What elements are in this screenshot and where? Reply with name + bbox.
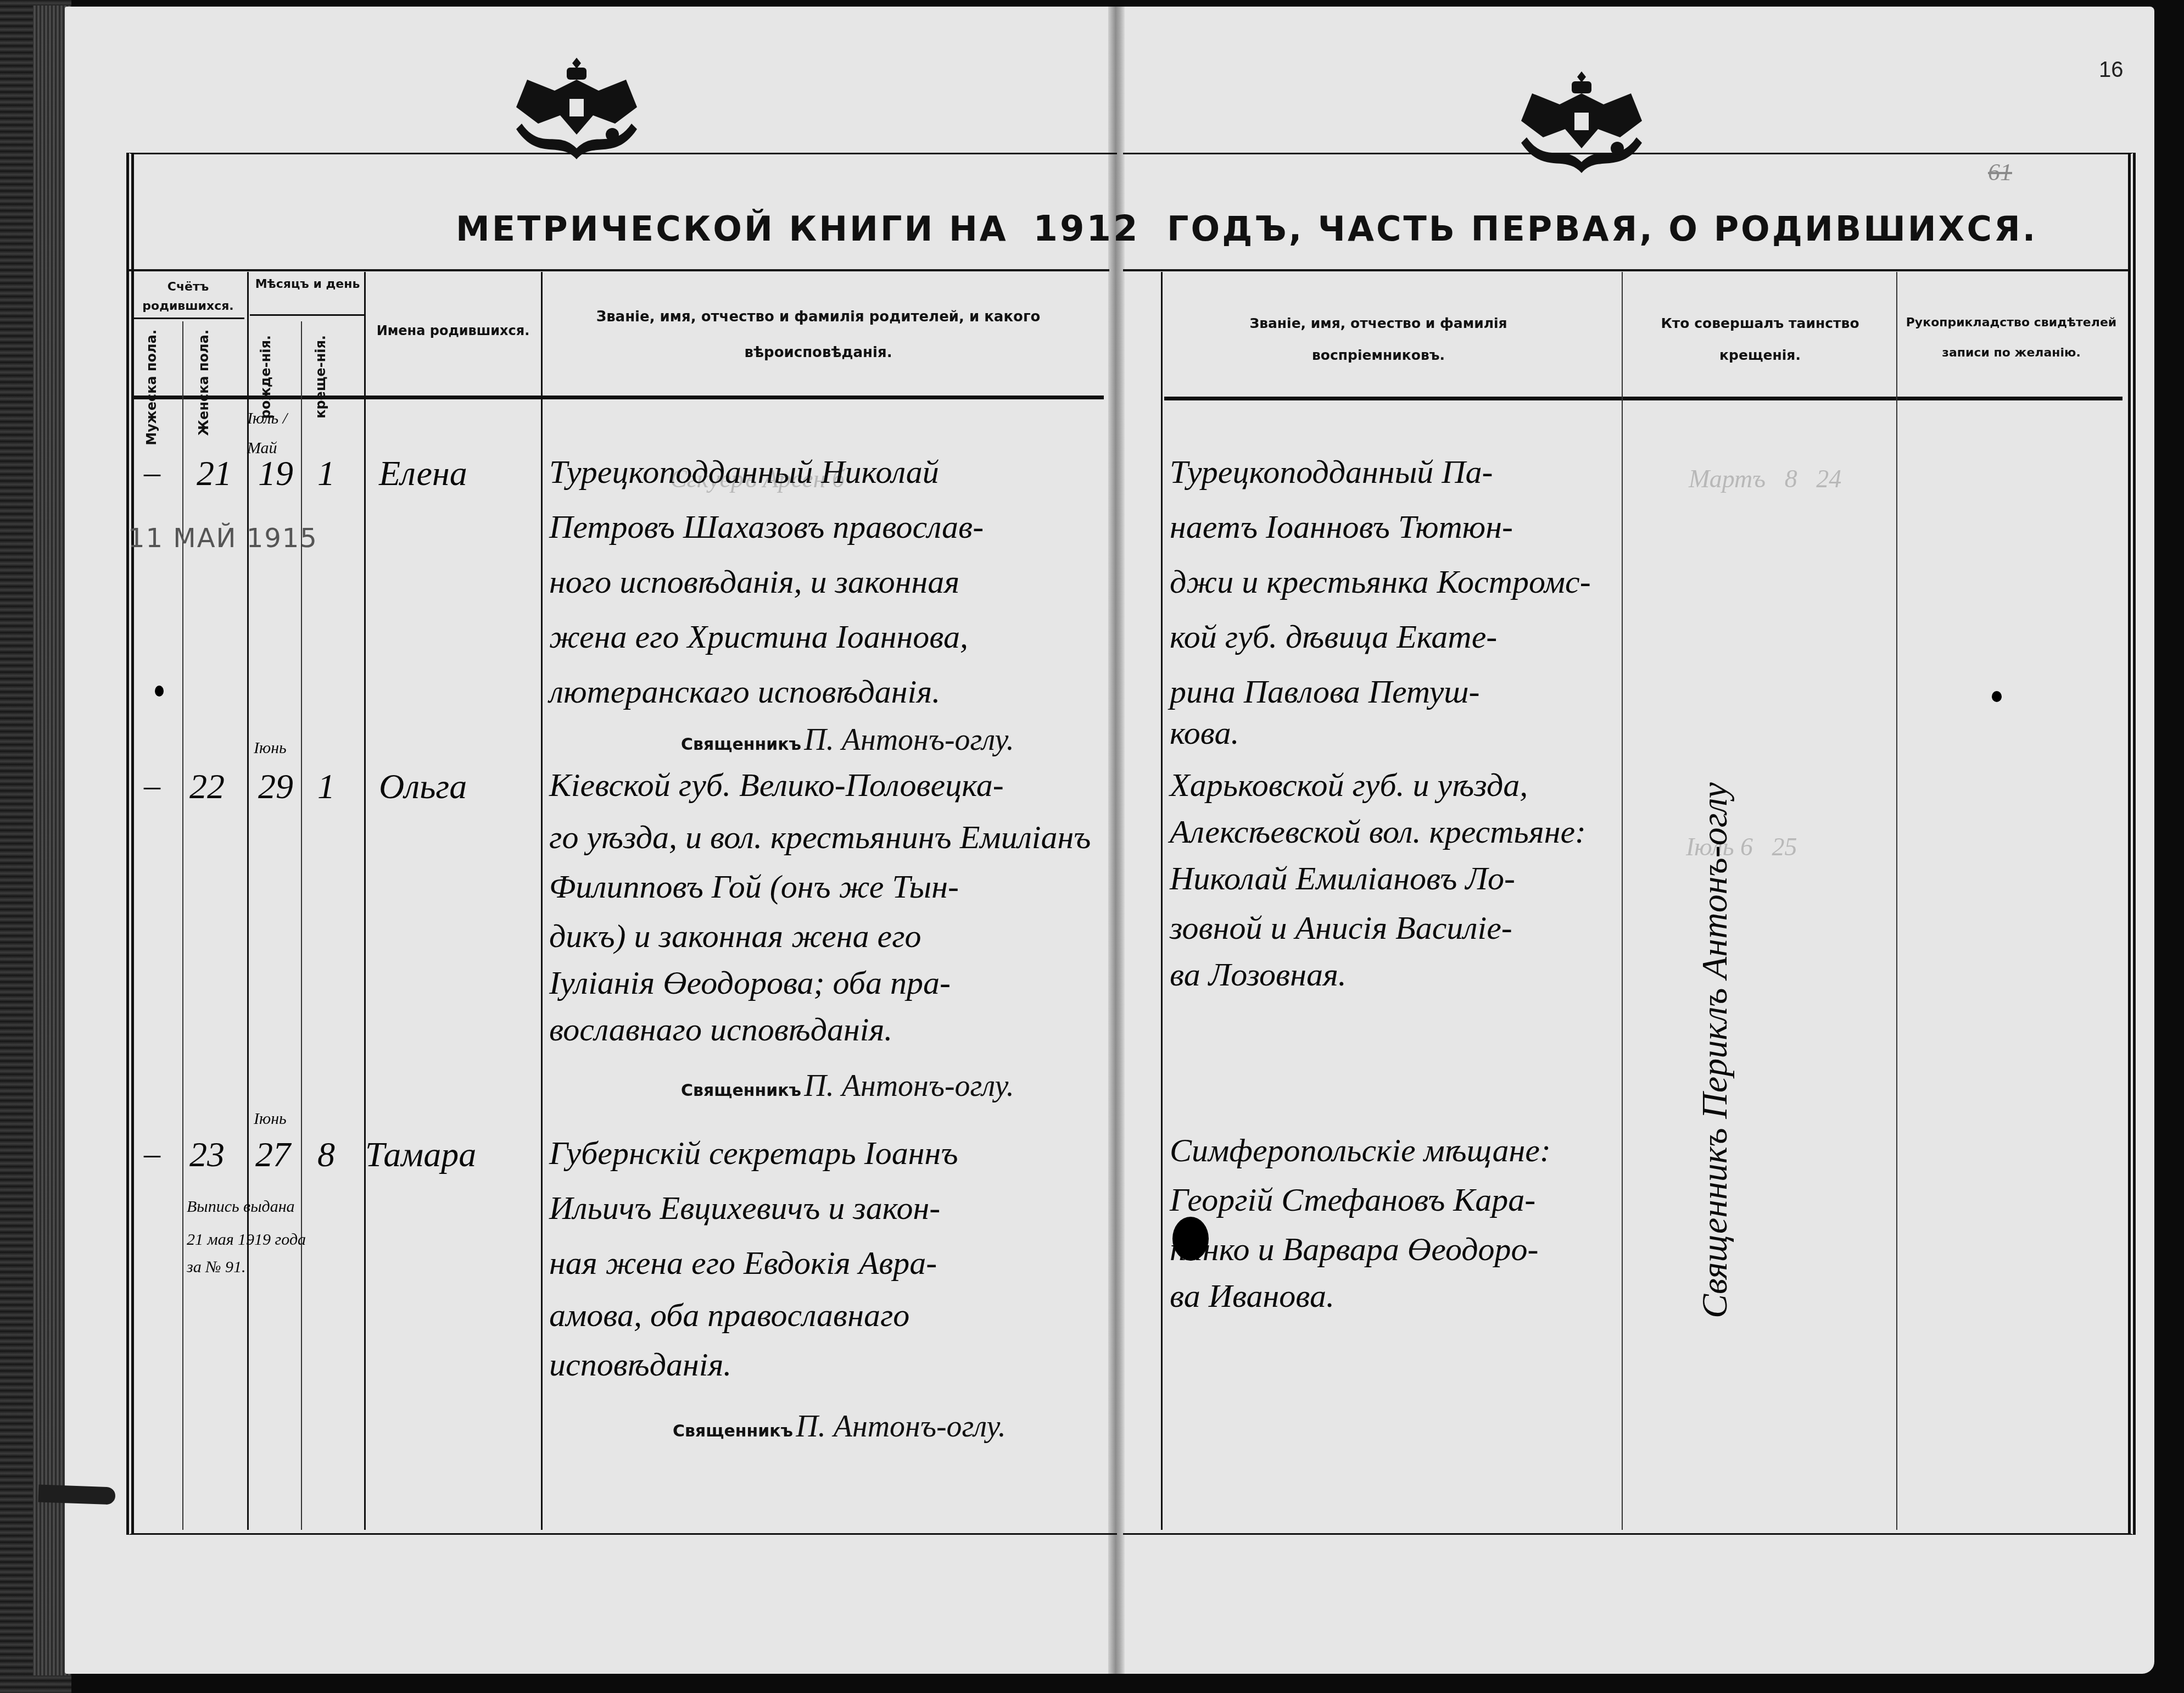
- title-year: 1912: [1033, 209, 1140, 249]
- month-group-rule: [250, 314, 365, 316]
- parents-line: Петровъ Шахазовъ православ-: [549, 508, 984, 546]
- parents-line: Кіевской губ. Велико-Половецка-: [549, 766, 1004, 804]
- parents-line: ная жена его Евдокія Авра-: [549, 1244, 937, 1282]
- signature-name: П. Антонъ-оглу.: [804, 723, 1014, 757]
- ink-blot: [1172, 1217, 1209, 1261]
- godparents-line: панко и Варвара Өеодоро-: [1170, 1230, 1539, 1268]
- ink-dot: [1992, 691, 2002, 702]
- entry-male-count: –: [144, 1134, 160, 1172]
- parents-line: вославнаго исповѣданія.: [549, 1011, 892, 1049]
- entry-baptism-day: 8: [317, 1134, 335, 1175]
- bookmark-ribbon: [38, 1485, 115, 1505]
- column-header-count: Счётъ родившихся.: [132, 277, 244, 316]
- entry-male-count: –: [144, 766, 160, 804]
- column-divider: [364, 272, 366, 1530]
- entry-baptism-day: 1: [317, 766, 335, 807]
- signature-name: П. Антонъ-оглу.: [804, 1069, 1014, 1103]
- column-header-month: Мѣсяцъ и день: [250, 275, 365, 294]
- column-divider: [1161, 272, 1163, 1530]
- priest-signature: Священникъ П. Антонъ-оглу.: [681, 1068, 1014, 1104]
- entry-child-name: Елена: [379, 453, 467, 494]
- godparents-line: рина Павлова Петуш-: [1170, 673, 1480, 711]
- bleed-through-text: Мартъ 8 24: [1689, 464, 1841, 493]
- column-divider: [541, 272, 543, 1530]
- page-title-left: МЕТРИЧЕСКОЙ КНИГИ НА 1912: [456, 209, 1140, 249]
- extract-note-line: за № 91.: [187, 1258, 246, 1277]
- entry-month: Іюнь: [254, 1110, 287, 1128]
- entry-birth-day: 29: [258, 766, 293, 807]
- godparents-line: наетъ Іоанновъ Тютюн-: [1170, 508, 1513, 546]
- entry-male-count: –: [144, 453, 160, 491]
- parents-line: го уѣзда, и вол. крестьянинъ Емиліанъ: [549, 818, 1091, 856]
- godparents-line: Алексѣевской вол. крестьяне:: [1170, 813, 1586, 851]
- extract-note-line: 21 мая 1919 года: [187, 1230, 306, 1249]
- count-group-rule: [132, 318, 244, 319]
- column-divider: [1896, 272, 1897, 1530]
- column-divider: [301, 321, 302, 1530]
- page-title-right: ГОДЪ, ЧАСТЬ ПЕРВАЯ, О РОДИВШИХСЯ.: [1167, 209, 2037, 249]
- column-header-female: Женска пола.: [196, 330, 211, 436]
- parents-line: Іуліанія Өеодорова; оба пра-: [549, 964, 951, 1002]
- godparents-line: Симферопольскіе мѣщане:: [1170, 1132, 1551, 1169]
- priest-signature: Священникъ П. Антонъ-оглу.: [681, 722, 1014, 758]
- entry-female-count: 22: [189, 766, 225, 807]
- entry-birth-day: 27: [255, 1134, 291, 1175]
- godparents-line: Турецкоподданный Па-: [1170, 453, 1493, 491]
- godparents-line: ва Иванова.: [1170, 1277, 1334, 1315]
- priest-signature: Священникъ П. Антонъ-оглу.: [673, 1409, 1006, 1444]
- entry-female-count: 21: [197, 453, 232, 494]
- parents-line: Филипповъ Гой (онъ же Тын-: [549, 868, 959, 906]
- parents-line: амова, оба православнаго: [549, 1296, 909, 1334]
- parents-line: исповѣданія.: [549, 1346, 731, 1384]
- column-header-witnesses: Рукоприкладство свидѣтелей записи по жел…: [1900, 308, 2122, 368]
- signature-name: П. Антонъ-оглу.: [796, 1410, 1006, 1444]
- column-header-names: Имена родившихся.: [368, 319, 538, 344]
- signature-label: Священникъ: [681, 1081, 801, 1100]
- entry-female-count: 23: [189, 1134, 225, 1175]
- header-bottom-rule: [1164, 397, 2122, 400]
- column-header-baptism: креще-нія.: [313, 335, 328, 419]
- column-header-officiant: Кто совершалъ таинство крещенія.: [1628, 308, 1892, 371]
- godparents-line: Харьковской губ. и уѣзда,: [1170, 766, 1528, 804]
- officiant-vertical-signature: Священникъ Периклъ Антонъ-оглу: [1694, 571, 1736, 1318]
- godparents-line: ва Лозовная.: [1170, 956, 1347, 994]
- signature-label: Священникъ: [673, 1422, 793, 1441]
- column-header-male: Мужеска пола.: [144, 330, 159, 445]
- column-divider: [182, 321, 183, 1530]
- column-header-godparents: Званіе, имя, отчество и фамилія воспріем…: [1192, 308, 1565, 371]
- parents-line: Турецкоподданный Николай: [549, 453, 939, 491]
- godparents-line: джи и крестьянка Костромс-: [1170, 563, 1591, 601]
- parents-line: лютеранскаго исповѣданія.: [549, 673, 940, 711]
- date-stamp: 11 МАЙ 1915: [128, 523, 318, 554]
- parents-line: ного исповѣданія, и законная: [549, 563, 959, 601]
- entry-month: Іюнь: [254, 739, 287, 758]
- header-bottom-rule: [132, 396, 1104, 399]
- parents-line: дикъ) и законная жена его: [549, 917, 921, 955]
- imperial-eagle-crest-icon: [494, 47, 659, 168]
- entry-child-name: Тамара: [365, 1134, 476, 1175]
- signature-label: Священникъ: [681, 735, 801, 754]
- entry-child-name: Ольга: [379, 766, 467, 807]
- godparents-line: кой губ. дѣвица Екате-: [1170, 618, 1497, 656]
- parents-line: жена его Христина Іоаннова,: [549, 618, 968, 656]
- entry-birth-day: 19: [258, 453, 293, 494]
- entry-baptism-day: 1: [317, 453, 335, 494]
- column-header-parents: Званіе, имя, отчество и фамилія родителе…: [549, 299, 1087, 371]
- title-left-text: МЕТРИЧЕСКОЙ КНИГИ НА: [456, 209, 1008, 249]
- parents-line: Губернскій секретарь Іоаннъ: [549, 1134, 958, 1172]
- godparents-line: зовной и Анисія Василіе-: [1170, 909, 1512, 947]
- godparents-line: кова.: [1170, 714, 1239, 752]
- page-number: 16: [2099, 58, 2124, 82]
- header-top-rule: [126, 269, 1109, 271]
- header-top-rule: [1123, 269, 2128, 271]
- ink-dot: [155, 686, 164, 697]
- column-divider: [1622, 272, 1623, 1530]
- godparents-line: Георгій Стефановъ Кара-: [1170, 1181, 1535, 1219]
- godparents-line: Николай Емиліановъ Ло-: [1170, 860, 1515, 898]
- parents-line: Ильичъ Евцихевичъ и закон-: [549, 1189, 940, 1227]
- extract-note-line: Выпись выдана: [187, 1198, 295, 1216]
